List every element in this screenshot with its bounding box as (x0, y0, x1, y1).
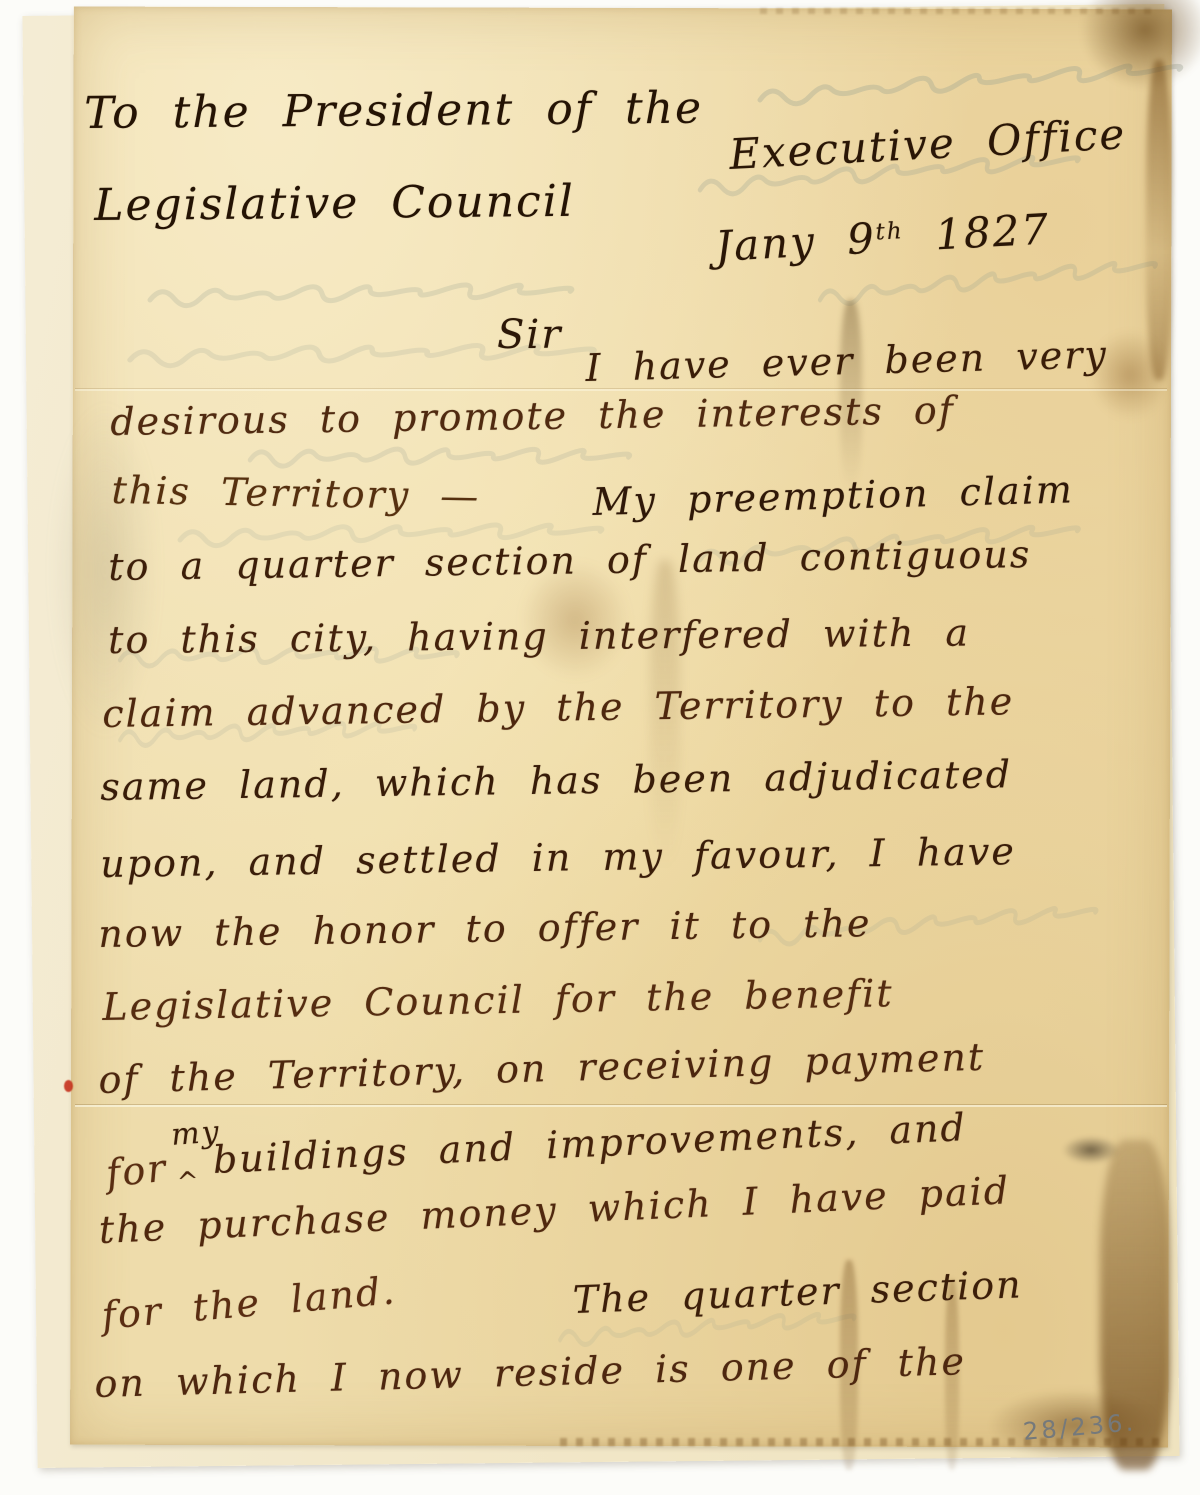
addressee-line-2: Legislative Council (94, 176, 575, 231)
salutation: Sir (497, 312, 562, 358)
insertion-caret: ^ (176, 1166, 202, 1198)
date-ordinal: th (875, 218, 904, 245)
date-year: 1827 (934, 204, 1051, 259)
body-line-12-for: for (104, 1146, 169, 1196)
body-line-5: to this city, having interfered with a (108, 610, 970, 662)
scanned-letter-background: To the President of the Legislative Coun… (0, 0, 1200, 1495)
date-day: Jany 9 (714, 214, 877, 271)
addressee-line-1: To the President of the (84, 83, 703, 139)
body-line-3a: this Territory — (111, 468, 480, 518)
